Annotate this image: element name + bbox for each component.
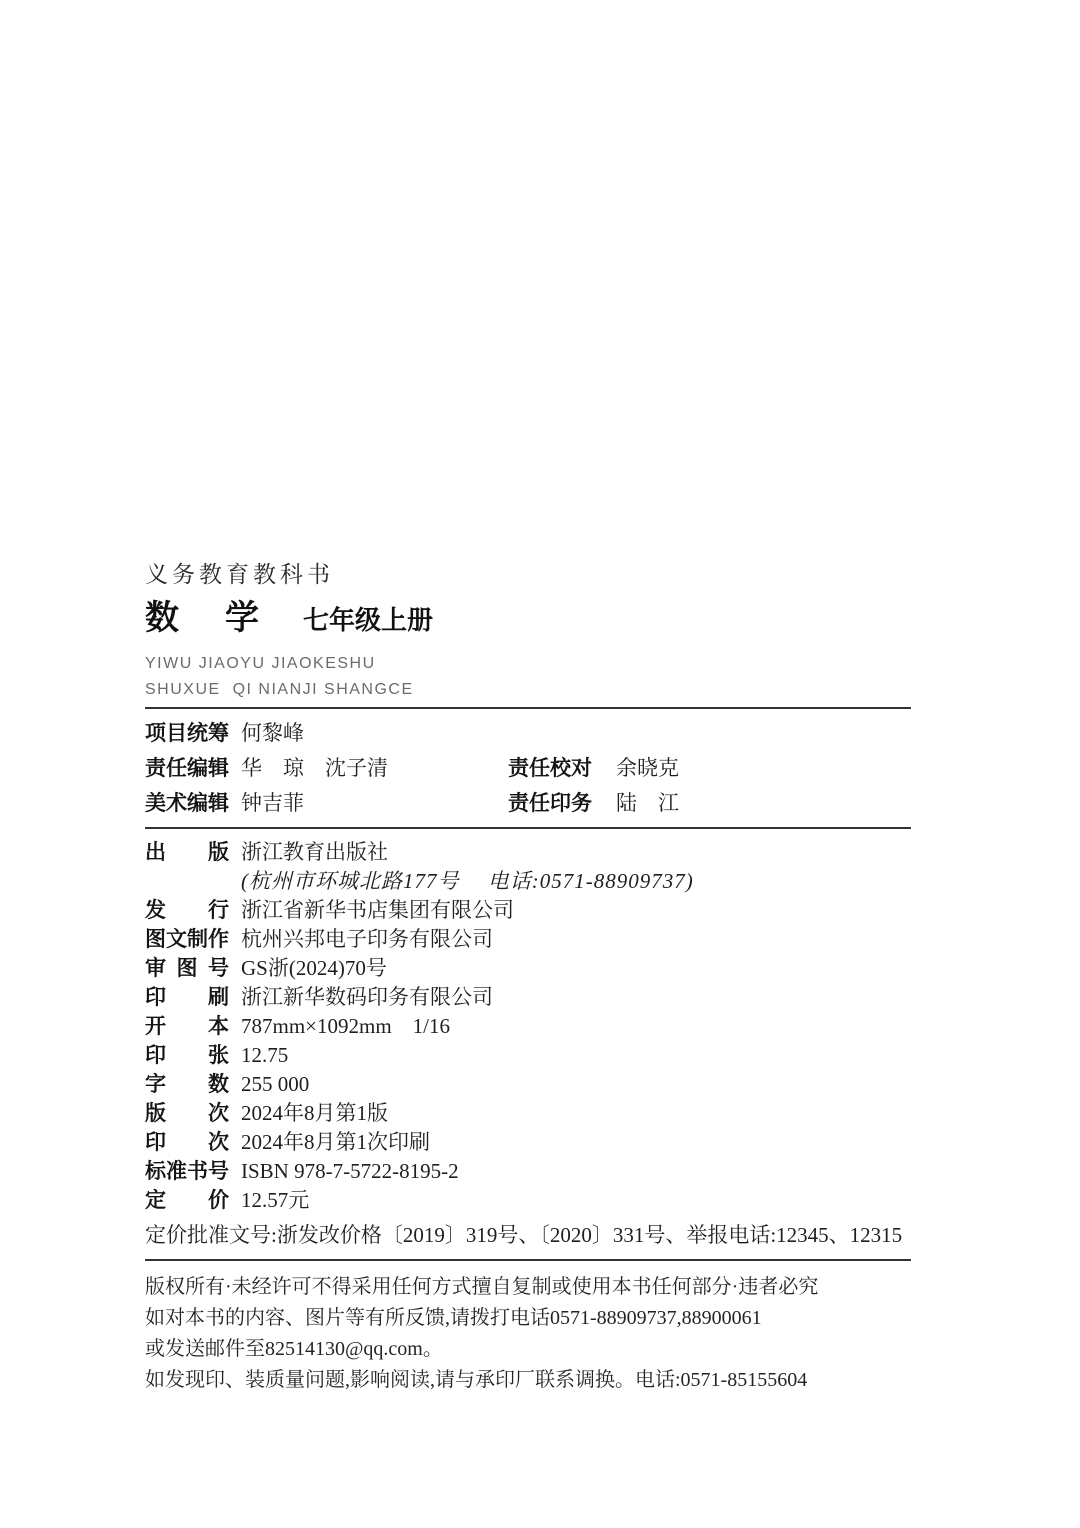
staff-cell: 责任校对余晓克	[508, 751, 911, 786]
staff-cell: 责任印务陆 江	[508, 786, 911, 821]
publication-info-block: 出版浙江教育出版社 (杭州市环城北路177号 电话:0571-88909737)…	[145, 829, 911, 1215]
pub-label: 开本	[145, 1012, 229, 1041]
pub-value: (杭州市环城北路177号 电话:0571-88909737)	[241, 869, 694, 893]
book-title-char-1: 数	[145, 599, 179, 637]
book-colophon-page: 义务教育教科书 数学七年级上册 YIWU JIAOYU JIAOKESHU SH…	[0, 0, 1080, 1528]
pub-row-typesetting: 图文制作杭州兴邦电子印务有限公司	[145, 925, 911, 954]
staff-row: 责任编辑华 琼 沈子清 责任校对余晓克	[145, 751, 911, 786]
staff-value: 钟吉菲	[241, 791, 304, 815]
book-title: 数学七年级上册	[145, 598, 911, 645]
pub-row-printer: 印刷浙江新华数码印务有限公司	[145, 983, 911, 1012]
pub-row-publisher: 出版浙江教育出版社	[145, 838, 911, 867]
staff-label: 责任编辑	[145, 751, 229, 786]
staff-label: 责任校对	[508, 751, 592, 786]
pub-value: 2024年8月第1次印刷	[241, 1130, 430, 1154]
pub-label: 印次	[145, 1128, 229, 1157]
series-title: 义务教育教科书	[145, 560, 911, 588]
pub-value: 787mm×1092mm 1/16	[241, 1014, 450, 1038]
staff-value: 陆 江	[616, 791, 679, 815]
staff-cell: 美术编辑钟吉菲	[145, 786, 508, 821]
pub-value: 浙江新华数码印务有限公司	[241, 985, 493, 1009]
copyright-statement: 版权所有·未经许可不得采用任何方式擅自复制或使用本书任何部分·违者必究	[145, 1272, 911, 1303]
title-block: 义务教育教科书 数学七年级上册 YIWU JIAOYU JIAOKESHU SH…	[145, 560, 911, 703]
staff-label: 美术编辑	[145, 786, 229, 821]
pub-value: 浙江省新华书店集团有限公司	[241, 898, 514, 922]
pub-value: ISBN 978-7-5722-8195-2	[241, 1159, 459, 1183]
pub-row-distributor: 发行浙江省新华书店集团有限公司	[145, 896, 911, 925]
pinyin-line-1: YIWU JIAOYU JIAOKESHU	[145, 651, 911, 677]
staff-row: 项目统筹何黎峰	[145, 716, 911, 751]
staff-value: 何黎峰	[241, 721, 304, 745]
pub-row-printing: 印次2024年8月第1次印刷	[145, 1128, 911, 1157]
pub-row-price: 定价12.57元	[145, 1186, 911, 1215]
pub-row-format: 开本787mm×1092mm 1/16	[145, 1012, 911, 1041]
staff-cell	[508, 716, 911, 751]
pub-label: 图文制作	[145, 925, 229, 954]
pub-value: GS浙(2024)70号	[241, 956, 387, 980]
pub-label: 印刷	[145, 983, 229, 1012]
pub-label: 出版	[145, 838, 229, 867]
staff-cell: 项目统筹何黎峰	[145, 716, 508, 751]
staff-block: 项目统筹何黎峰 责任编辑华 琼 沈子清 责任校对余晓克 美术编辑钟吉菲 责任印务…	[145, 709, 911, 827]
print-quality-line: 如发现印、装质量问题,影响阅读,请与承印厂联系调换。电话:0571-851556…	[145, 1365, 911, 1396]
book-title-char-2: 学	[225, 599, 259, 637]
staff-row: 美术编辑钟吉菲 责任印务陆 江	[145, 786, 911, 821]
book-subtitle: 七年级上册	[303, 605, 433, 635]
pub-row-word-count: 字数255 000	[145, 1070, 911, 1099]
pub-value: 2024年8月第1版	[241, 1101, 388, 1125]
pub-value: 12.57元	[241, 1188, 309, 1212]
pub-row-isbn: 标准书号ISBN 978-7-5722-8195-2	[145, 1157, 911, 1186]
staff-value: 华 琼 沈子清	[241, 756, 388, 780]
pub-label: 印张	[145, 1041, 229, 1070]
pinyin-line-2: SHUXUE QI NIANJI SHANGCE	[145, 677, 911, 703]
pub-row-printed-sheets: 印张12.75	[145, 1041, 911, 1070]
pub-value: 12.75	[241, 1043, 288, 1067]
pub-value: 255 000	[241, 1072, 309, 1096]
staff-label: 项目统筹	[145, 716, 229, 751]
pub-row-publisher-address: (杭州市环城北路177号 电话:0571-88909737)	[145, 867, 911, 896]
pub-row-map-approval-number: 审图号GS浙(2024)70号	[145, 954, 911, 983]
pub-value: 浙江教育出版社	[241, 840, 388, 864]
pub-label: 标准书号	[145, 1157, 229, 1186]
staff-cell: 责任编辑华 琼 沈子清	[145, 751, 508, 786]
staff-value: 余晓克	[616, 756, 679, 780]
price-approval-number: 定价批准文号:浙发改价格〔2019〕319号、〔2020〕331号、	[145, 1220, 686, 1250]
copyright-notice-block: 版权所有·未经许可不得采用任何方式擅自复制或使用本书任何部分·违者必究 如对本书…	[145, 1261, 911, 1396]
pub-label: 发行	[145, 896, 229, 925]
price-approval-line: 定价批准文号:浙发改价格〔2019〕319号、〔2020〕331号、 举报电话:…	[145, 1220, 911, 1250]
pub-value: 杭州兴邦电子印务有限公司	[241, 927, 493, 951]
pub-label: 字数	[145, 1070, 229, 1099]
report-hotline: 举报电话:12345、12315	[686, 1220, 902, 1250]
staff-label: 责任印务	[508, 786, 592, 821]
pub-label: 审图号	[145, 954, 229, 983]
colophon-content: 义务教育教科书 数学七年级上册 YIWU JIAOYU JIAOKESHU SH…	[145, 560, 911, 1396]
feedback-phone-line: 如对本书的内容、图片等有所反馈,请拨打电话0571-88909737,88900…	[145, 1303, 911, 1334]
pub-row-edition: 版次2024年8月第1版	[145, 1099, 911, 1128]
pub-label: 定价	[145, 1186, 229, 1215]
feedback-email-line: 或发送邮件至82514130@qq.com。	[145, 1334, 911, 1365]
pub-label: 版次	[145, 1099, 229, 1128]
